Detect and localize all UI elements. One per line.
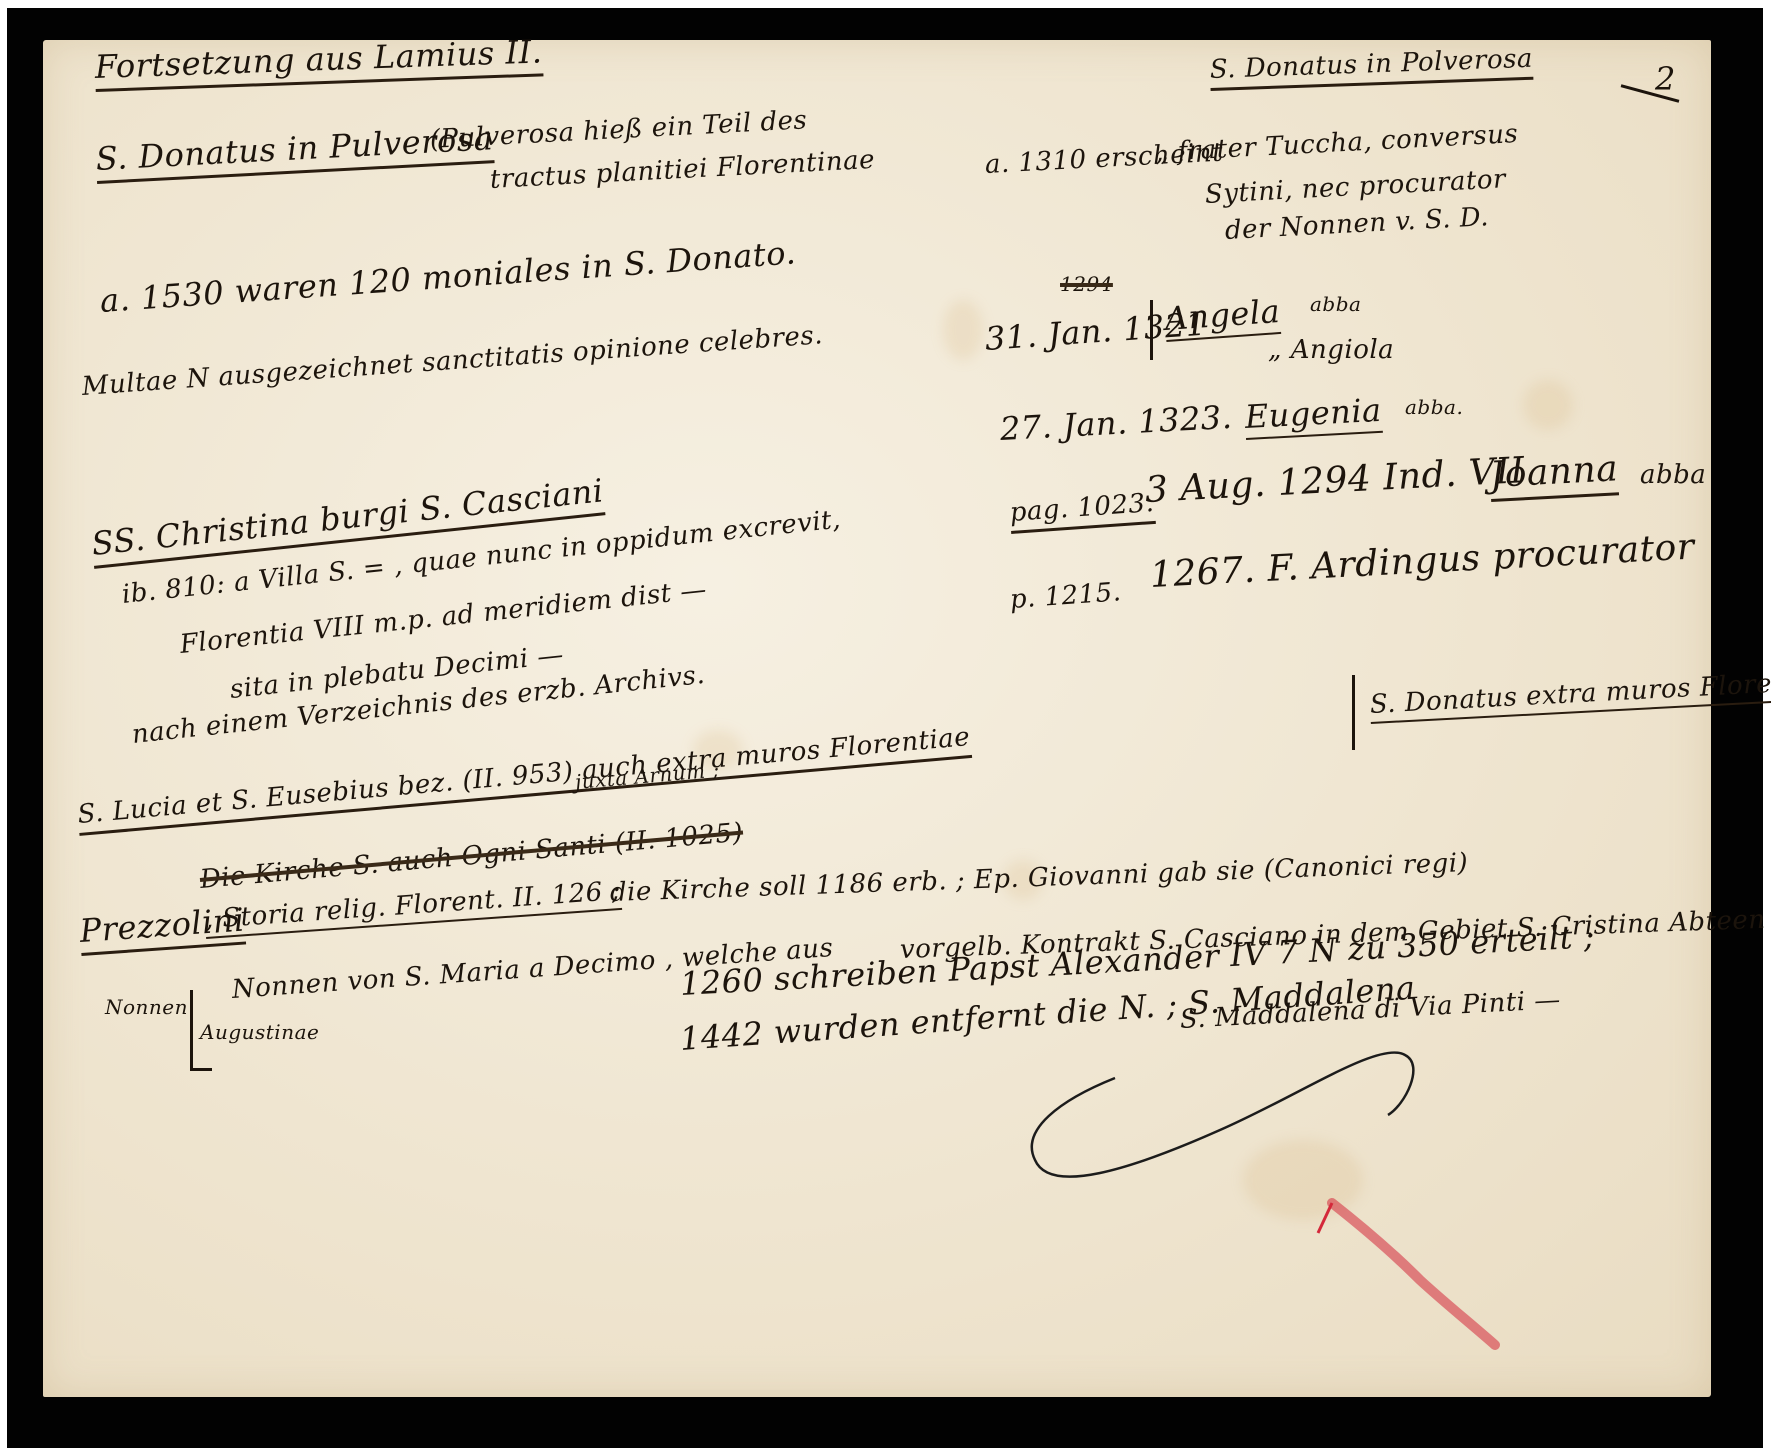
abbess-name: Joanna [1489, 448, 1620, 502]
struck-year: 1294 [1060, 272, 1113, 296]
bracket-label: Augustinae [200, 1020, 319, 1044]
abbess-title: abba. [1405, 395, 1463, 419]
abbess-name-variant: „ Angiola [1268, 335, 1394, 365]
abbess-title: abba [1310, 292, 1361, 316]
page-number: 2 [1655, 60, 1676, 98]
foxing-stain [1523, 380, 1573, 430]
foxing-stain [943, 300, 983, 360]
bracket [1352, 675, 1355, 750]
bracket [1150, 300, 1153, 360]
red-pencil-arrow-icon [1310, 1195, 1510, 1355]
bracket [190, 990, 193, 1070]
abbess-title: abba [1640, 460, 1706, 490]
bracket-label: Nonnen [105, 995, 188, 1019]
pen-loop-mark [1000, 1020, 1420, 1190]
bracket [190, 1068, 212, 1071]
abbess-name: Angela [1164, 292, 1282, 342]
abbess-name: Eugenia [1244, 391, 1383, 440]
